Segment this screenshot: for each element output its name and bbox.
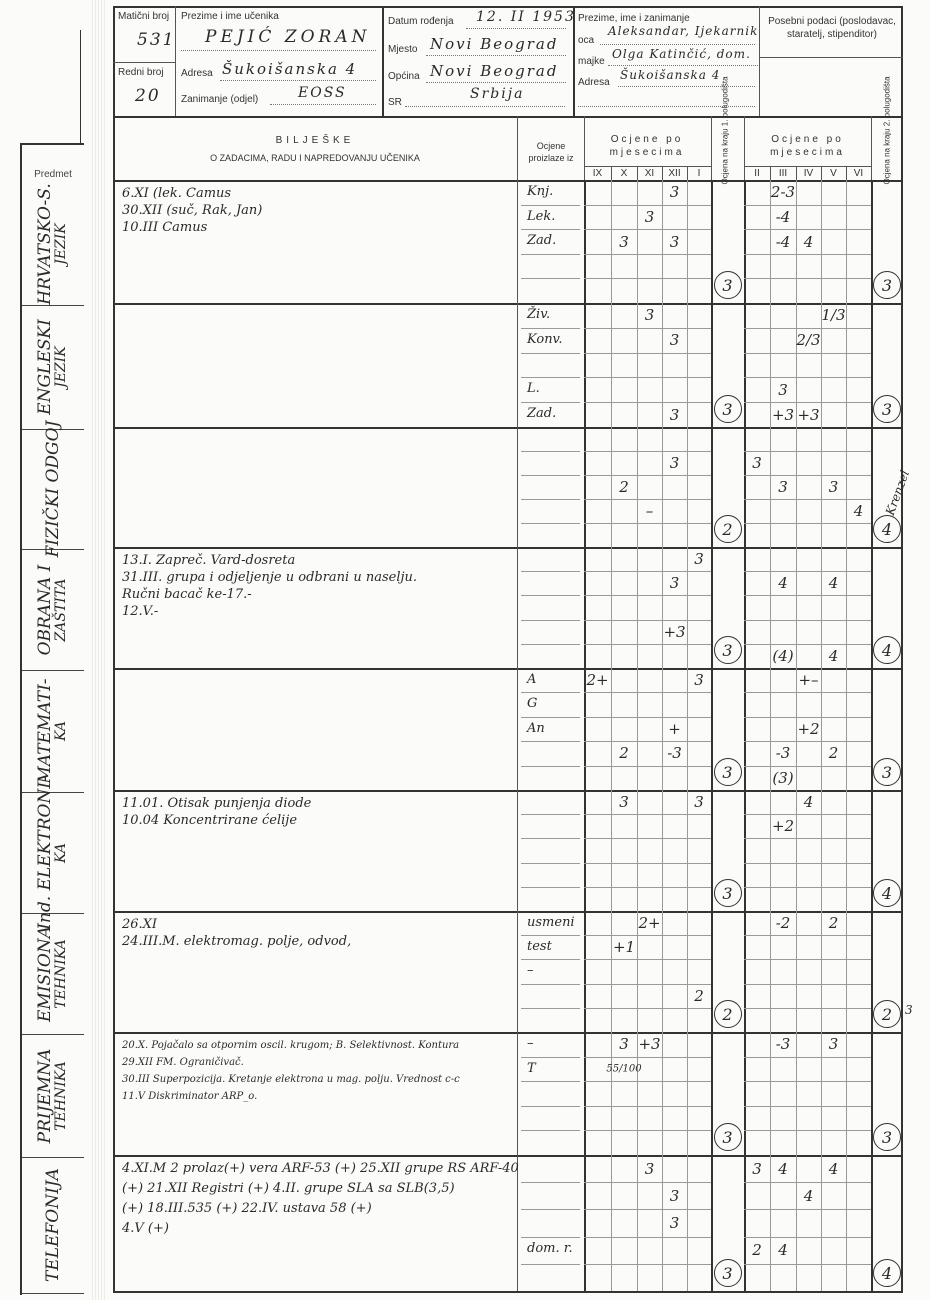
- biljeske-subtitle: O ZADACIMA, RADU I NAPREDOVANJU UČENIKA: [115, 153, 515, 163]
- divider: [744, 1032, 746, 1155]
- grid-line: [770, 303, 771, 427]
- note-line: 26.XI: [122, 917, 157, 933]
- grid-line: [584, 1008, 711, 1009]
- grid-line: [584, 838, 711, 839]
- maticni-broj-value: 531: [137, 30, 175, 50]
- final-grade-2: 4: [873, 636, 901, 664]
- final-grade-1: 3: [714, 879, 742, 907]
- note-line: 13.I. Zapreč. Vard-dosreta: [122, 553, 295, 569]
- grid-line: [611, 427, 612, 547]
- grid-line: [744, 1264, 871, 1265]
- opcina-label: Općina: [388, 71, 420, 82]
- final-grade-2: 4: [873, 515, 901, 543]
- grade-cell: (4): [772, 647, 793, 665]
- grid-line: [846, 1032, 847, 1155]
- grid-line: [584, 717, 711, 718]
- note-line: 4.V (+): [122, 1221, 169, 1237]
- grade-source: –: [527, 963, 534, 978]
- grade-cell: 4: [804, 233, 814, 251]
- month-header-ix: IX: [585, 168, 611, 179]
- grid-line: [662, 1155, 663, 1291]
- grid-line: [521, 1130, 580, 1131]
- grid-line: [584, 377, 711, 378]
- dotted-line: [405, 106, 565, 107]
- grid-line: [744, 205, 871, 206]
- grid-line: [521, 1209, 580, 1210]
- subject-divider: [113, 303, 903, 305]
- grade-cell: -2: [776, 914, 791, 932]
- grade-cell: -4: [776, 208, 791, 226]
- grade-cell: +2: [772, 817, 794, 835]
- note-line: 11.V Diskriminator ARP_o.: [122, 1089, 257, 1105]
- dotted-line: [608, 65, 758, 66]
- grade-cell: 3: [619, 1035, 629, 1053]
- divider: [517, 116, 518, 180]
- dotted-line: [270, 104, 376, 105]
- biljeske-title: BILJEŠKE: [115, 135, 515, 146]
- redni-broj-label: Redni broj: [118, 67, 164, 78]
- note-line: 31.III. grupa i odjeljenje u odbrani u n…: [122, 570, 417, 586]
- ocjene-iz-header: Ocjene proizlaze iz: [520, 140, 582, 164]
- grade-cell: 4: [778, 1241, 788, 1259]
- grid-line: [770, 547, 771, 668]
- grid-line: [770, 668, 771, 790]
- grid-line: [584, 644, 711, 645]
- grid-line: [821, 1032, 822, 1155]
- grid-line: [770, 1155, 771, 1291]
- grid-line: [744, 402, 871, 403]
- grid-line: [821, 790, 822, 911]
- grid-line: [744, 620, 871, 621]
- final-grade-2: 3: [873, 1123, 901, 1151]
- grid-line: [584, 1209, 711, 1210]
- grid-line: [521, 644, 580, 645]
- grade-cell: 4: [829, 1160, 839, 1178]
- grid-line: [846, 427, 847, 547]
- grid-line: [744, 499, 871, 500]
- grid-line: [584, 229, 711, 230]
- grade-cell: +1: [613, 938, 635, 956]
- subject-divider: [113, 911, 903, 913]
- subject-divider: [113, 668, 903, 670]
- grid-line: [584, 741, 711, 742]
- grade-cell: 3: [670, 406, 680, 424]
- grid-line: [584, 571, 711, 572]
- grade-source: An: [527, 721, 545, 736]
- grid-line: [521, 278, 580, 279]
- grid-line: [744, 1237, 871, 1238]
- grid-line: [521, 717, 580, 718]
- grade-cell: +3: [638, 1035, 660, 1053]
- grid-line: [662, 180, 663, 303]
- grid-line: [584, 863, 711, 864]
- note-line: 4.XI.M 2 prolaz(+) vera ARF-53 (+) 25.XI…: [122, 1161, 519, 1177]
- grid-line: [744, 1057, 871, 1058]
- grid-line: [846, 1155, 847, 1291]
- final-grade-2: 3: [873, 395, 901, 423]
- grade-cell: 1/3: [821, 306, 845, 324]
- grid-line: [584, 1182, 711, 1183]
- grid-line: [521, 935, 580, 936]
- grid-line: [744, 741, 871, 742]
- divider: [584, 911, 586, 1032]
- divider: [584, 547, 586, 668]
- grid-line: [744, 863, 871, 864]
- grid-line: [744, 644, 871, 645]
- grid-line: [744, 328, 871, 329]
- grid-line: [744, 254, 871, 255]
- divider: [517, 180, 518, 303]
- grid-line: [521, 205, 580, 206]
- grid-line: [821, 547, 822, 668]
- dotted-line: [426, 82, 566, 83]
- note-line: 10.III Camus: [122, 220, 207, 236]
- divider: [517, 547, 518, 668]
- divider: [584, 427, 586, 547]
- grid-line: [521, 814, 580, 815]
- sr-value: Srbija: [470, 86, 524, 102]
- note-line: 11.01. Otisak punjenja diode: [122, 796, 311, 812]
- grid-line: [796, 1155, 797, 1291]
- adresa-value: Šukoišanska 4: [222, 60, 357, 78]
- ime-label: Prezime i ime učenika: [181, 11, 279, 22]
- month-header-i: I: [686, 168, 712, 179]
- grid-line: [687, 668, 688, 790]
- grid-line: [521, 254, 580, 255]
- grid-line: [521, 229, 580, 230]
- divider: [744, 790, 746, 911]
- month-header-x: X: [611, 168, 637, 179]
- divider: [744, 303, 746, 427]
- divider: [744, 166, 871, 167]
- grid-line: [584, 814, 711, 815]
- grid-line: [744, 1106, 871, 1107]
- grid-line: [846, 668, 847, 790]
- grade-source: Lek.: [527, 209, 555, 224]
- grid-line: [521, 741, 580, 742]
- oca-value: Aleksandar, Ijekarnik: [608, 24, 758, 38]
- grade-cell: 3: [694, 550, 704, 568]
- final-grade-2: 3: [873, 758, 901, 786]
- grid-line: [744, 229, 871, 230]
- note-line: 30.XII (suč, Rak, Jan): [122, 203, 262, 219]
- grade-cell: 3: [619, 793, 629, 811]
- grade-cell: 3: [670, 233, 680, 251]
- grid-line: [521, 1057, 580, 1058]
- grade-source: Živ.: [527, 307, 550, 322]
- grid-line: [637, 180, 638, 303]
- grade-source: G: [527, 696, 537, 711]
- grid-line: [687, 547, 688, 668]
- ocjene-po-header-2: Ocjene po mjesecima: [745, 133, 870, 159]
- divider: [744, 180, 746, 303]
- grid-line: [687, 911, 688, 1032]
- grade-cell: 2/3: [796, 331, 820, 349]
- grid-line: [744, 692, 871, 693]
- grade-cell: 3: [778, 381, 788, 399]
- grid-line: [770, 911, 771, 1032]
- grid-line: [744, 984, 871, 985]
- grid-line: [744, 935, 871, 936]
- grid-line: [687, 180, 688, 303]
- grade-cell: +3: [772, 406, 794, 424]
- grid-line: [584, 692, 711, 693]
- grid-line: [662, 303, 663, 427]
- grid-line: [796, 427, 797, 547]
- grid-line: [521, 1182, 580, 1183]
- grade-source: Knj.: [527, 184, 553, 199]
- divider: [584, 303, 586, 427]
- subject-divider: [113, 1291, 903, 1293]
- final-grade-2: 4: [873, 1259, 901, 1287]
- grid-line: [796, 911, 797, 1032]
- grid-line: [521, 571, 580, 572]
- grid-line: [521, 595, 580, 596]
- grade-source: Konv.: [527, 332, 563, 347]
- divider: [744, 427, 746, 547]
- grid-line: [521, 499, 580, 500]
- grid-line: [584, 205, 711, 206]
- grid-line: [770, 1032, 771, 1155]
- grid-line: [521, 377, 580, 378]
- divider: [113, 180, 903, 182]
- divider: [382, 6, 384, 116]
- grade-cell: 2: [829, 914, 839, 932]
- grade-source: –: [527, 1036, 534, 1051]
- grade-cell: -3: [776, 1035, 791, 1053]
- grid-line: [611, 180, 612, 303]
- grade-cell: 3: [670, 574, 680, 592]
- month-header-v: V: [821, 168, 847, 179]
- grid-line: [584, 451, 711, 452]
- grid-line: [521, 328, 580, 329]
- grid-line: [584, 1106, 711, 1107]
- grade-cell: 2: [619, 478, 629, 496]
- note-line: 6.XI (lek. Camus: [122, 186, 231, 202]
- roditelji-label: Prezime, ime i zanimanje: [578, 13, 690, 24]
- datum-value: 12. II 1953: [476, 9, 576, 25]
- adresa2-label: Adresa: [578, 77, 610, 88]
- grid-line: [584, 475, 711, 476]
- adresa2-value: Šukoišanska 4: [620, 68, 720, 82]
- grade-cell: –: [646, 502, 654, 520]
- grade-cell: 3: [829, 1035, 839, 1053]
- grid-line: [584, 984, 711, 985]
- grade-cell: 3: [670, 1214, 680, 1232]
- grid-line: [744, 814, 871, 815]
- month-header-vi: VI: [846, 168, 872, 179]
- grade-cell: 2: [829, 744, 839, 762]
- grade-source: usmeni: [527, 915, 575, 930]
- grid-line: [584, 1057, 711, 1058]
- grid-line: [584, 766, 711, 767]
- subject-divider: [113, 1155, 903, 1157]
- final-grade-1: 2: [714, 1000, 742, 1028]
- grade-cell: 4: [778, 574, 788, 592]
- grid-line: [846, 790, 847, 911]
- grid-line: [744, 717, 871, 718]
- grid-line: [770, 427, 771, 547]
- grade-cell: 2: [619, 744, 629, 762]
- grid-line: [744, 377, 871, 378]
- grid-line: [521, 1264, 580, 1265]
- grid-line: [744, 838, 871, 839]
- grade-cell: 3: [645, 208, 655, 226]
- grade-cell: 2: [694, 987, 704, 1005]
- final-grade-2: 4: [873, 879, 901, 907]
- divider: [759, 6, 760, 116]
- grid-line: [584, 523, 711, 524]
- month-header-iv: IV: [796, 168, 822, 179]
- grid-line: [662, 790, 663, 911]
- grid-line: [637, 427, 638, 547]
- grid-line: [744, 595, 871, 596]
- divider: [113, 116, 903, 118]
- divider: [584, 166, 711, 167]
- grade-cell: 3: [694, 671, 704, 689]
- grid-line: [584, 1237, 711, 1238]
- grade-cell: +: [668, 720, 681, 738]
- kraj-2-header: Ocjena na kraju 2. polugodišta: [883, 115, 892, 185]
- dotted-line: [466, 28, 566, 29]
- zanimanje-label: Zanimanje (odjel): [181, 94, 258, 105]
- grade-cell: 2-3: [771, 183, 795, 201]
- grid-line: [584, 620, 711, 621]
- note-line: (+) 21.XII Registri (+) 4.II. grupe SLA …: [122, 1181, 455, 1197]
- mjesto-label: Mjesto: [388, 44, 417, 55]
- divider: [744, 668, 746, 790]
- grid-line: [846, 303, 847, 427]
- grid-line: [584, 595, 711, 596]
- grade-cell: +3: [663, 623, 685, 641]
- sheet-content: Matični broj 531 Redni broj 20 Prezime i…: [0, 0, 930, 1300]
- final-grade-1: 3: [714, 395, 742, 423]
- grid-line: [521, 523, 580, 524]
- grid-line: [521, 1008, 580, 1009]
- grid-line: [846, 180, 847, 303]
- grid-line: [584, 1130, 711, 1131]
- grid-line: [521, 1237, 580, 1238]
- opcina-value: Novi Beograd: [430, 62, 558, 80]
- grid-line: [687, 1155, 688, 1291]
- grid-line: [584, 935, 711, 936]
- zanimanje-value: EOSS: [298, 85, 347, 101]
- final-grade-1: 3: [714, 636, 742, 664]
- grade-cell: 3: [670, 183, 680, 201]
- grade-cell: 3: [619, 233, 629, 251]
- grid-line: [662, 911, 663, 1032]
- grid-line: [744, 1130, 871, 1131]
- grid-line: [744, 451, 871, 452]
- grid-line: [611, 303, 612, 427]
- grid-line: [687, 427, 688, 547]
- grid-line: [521, 1106, 580, 1107]
- grid-line: [637, 303, 638, 427]
- grid-line: [744, 278, 871, 279]
- grid-line: [611, 790, 612, 911]
- final-grade-1: 3: [714, 1123, 742, 1151]
- grade-cell: 3: [645, 306, 655, 324]
- grade-source: L.: [527, 381, 540, 396]
- grid-line: [521, 692, 580, 693]
- dotted-line: [618, 86, 755, 87]
- grid-line: [637, 547, 638, 668]
- grid-line: [796, 547, 797, 668]
- month-header-iii: III: [770, 168, 796, 179]
- divider: [584, 1032, 586, 1155]
- grid-line: [821, 911, 822, 1032]
- grid-line: [521, 863, 580, 864]
- adresa-label: Adresa: [181, 68, 213, 79]
- note-line: 30.III Superpozicija. Kretanje elektrona…: [122, 1072, 460, 1088]
- mjesto-value: Novi Beograd: [430, 35, 558, 53]
- ocjene-po-header-1: Ocjene po mjesecima: [586, 133, 708, 159]
- grid-line: [662, 427, 663, 547]
- margin-note: 3: [905, 1002, 913, 1018]
- divider: [517, 911, 518, 1032]
- grid-line: [521, 402, 580, 403]
- grid-line: [521, 959, 580, 960]
- grid-line: [521, 475, 580, 476]
- grade-source: Zad.: [527, 406, 556, 421]
- grid-line: [796, 180, 797, 303]
- grade-cell: 3: [670, 331, 680, 349]
- ime-value: PEJIĆ ZORAN: [205, 27, 371, 47]
- divider: [175, 6, 176, 116]
- grade-cell: 4: [854, 502, 864, 520]
- grid-line: [611, 1032, 612, 1155]
- note-line: 10.04 Koncentrirane ćelije: [122, 813, 297, 829]
- grid-line: [687, 790, 688, 911]
- subject-divider: [113, 547, 903, 549]
- dotted-line: [426, 55, 566, 56]
- divider: [517, 668, 518, 790]
- grade-cell: -3: [776, 744, 791, 762]
- grid-line: [744, 959, 871, 960]
- oca-label: oca: [578, 35, 594, 46]
- divider: [744, 1155, 746, 1291]
- note-line: (+) 18.III.535 (+) 22.IV. ustava 58 (+): [122, 1201, 372, 1217]
- subject-divider: [113, 790, 903, 792]
- grade-cell: 4: [829, 647, 839, 665]
- grid-line: [687, 1032, 688, 1155]
- grade-source: dom. r.: [527, 1241, 573, 1256]
- grid-line: [521, 984, 580, 985]
- month-header-xi: XI: [637, 168, 663, 179]
- grid-line: [637, 790, 638, 911]
- final-grade-2: 3: [873, 271, 901, 299]
- grade-cell: 3: [694, 793, 704, 811]
- final-grade-2: 2: [873, 1000, 901, 1028]
- grid-line: [662, 547, 663, 668]
- grid-line: [744, 1209, 871, 1210]
- divider: [584, 790, 586, 911]
- grade-cell: +3: [797, 406, 819, 424]
- datum-label: Datum rođenja: [388, 16, 454, 27]
- subject-divider: [113, 427, 903, 429]
- grid-line: [821, 180, 822, 303]
- grid-line: [821, 1155, 822, 1291]
- grade-source: T: [527, 1061, 536, 1076]
- grade-cell: 3: [778, 478, 788, 496]
- divider: [759, 57, 903, 58]
- maticni-broj-label: Matični broj: [118, 11, 169, 22]
- grid-line: [662, 1032, 663, 1155]
- grade-cell: -4: [776, 233, 791, 251]
- posebni-podaci-label: Posebni podaci (poslodavac, staratelj, s…: [762, 15, 902, 41]
- grid-line: [744, 887, 871, 888]
- grid-line: [637, 668, 638, 790]
